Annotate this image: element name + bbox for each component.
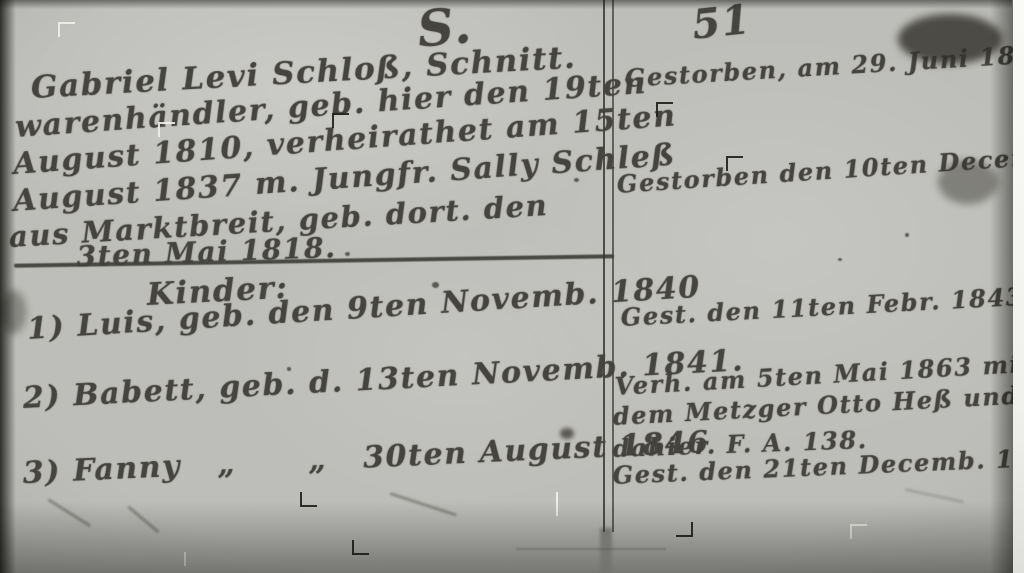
ink-speck	[574, 178, 579, 182]
scan-left-edge	[0, 0, 16, 573]
folio-number: 51	[690, 0, 753, 49]
pencil-stroke	[390, 492, 458, 516]
pencil-stroke	[905, 488, 964, 503]
crop-mark	[352, 540, 369, 555]
pencil-stroke	[47, 498, 91, 527]
register-page-scan: S. 51 Gabriel Levi Schloß, Schnitt. ware…	[0, 0, 1024, 573]
scan-top-edge	[0, 0, 1012, 9]
ink-speck	[905, 233, 909, 237]
crop-mark	[158, 122, 175, 137]
ink-speck	[432, 282, 439, 288]
ink-blot	[898, 14, 1002, 64]
crop-mark	[332, 113, 349, 128]
crop-mark	[656, 102, 673, 117]
column-divider-smear	[600, 528, 612, 573]
crop-mark	[850, 524, 867, 539]
registration-tick	[184, 552, 186, 566]
ink-blot	[938, 160, 998, 204]
pencil-line	[516, 548, 666, 550]
ink-speck	[345, 252, 350, 256]
child-entry: 1) Luis, geb. den 9ten Novemb. 1840	[26, 270, 702, 347]
pencil-stroke	[127, 505, 160, 533]
crop-mark	[676, 522, 693, 537]
registration-tick	[556, 492, 558, 516]
ink-speck	[287, 367, 291, 371]
crop-mark	[300, 492, 317, 507]
ink-blot	[0, 290, 26, 334]
crop-mark	[726, 156, 743, 171]
ink-speck	[838, 258, 842, 261]
ink-speck	[560, 428, 574, 439]
crop-mark	[58, 22, 75, 37]
